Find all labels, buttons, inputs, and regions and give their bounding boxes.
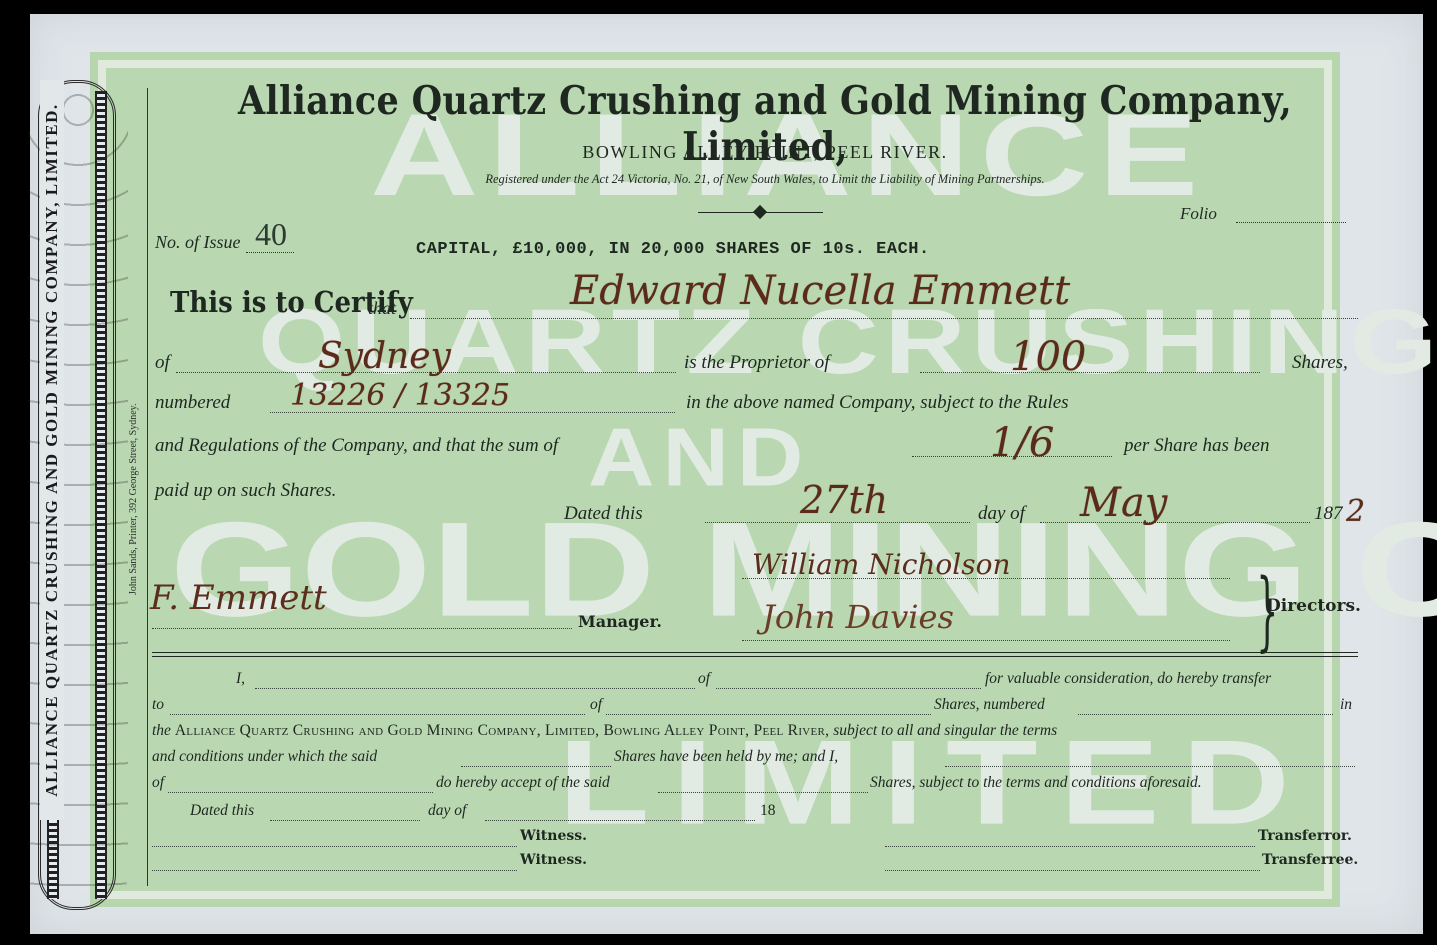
acceptor-name-field[interactable] xyxy=(945,766,1355,767)
transferee-name-field[interactable] xyxy=(170,714,585,715)
share-count-field xyxy=(920,372,1260,373)
transfer-month-field[interactable] xyxy=(485,820,755,821)
year-prefix: 187 xyxy=(1314,503,1343,525)
transfer-conditions-text: and conditions under which the said xyxy=(152,748,377,766)
month-value: May xyxy=(1080,480,1167,526)
paid-amount: 1/6 xyxy=(990,420,1054,466)
stub-company-name: ALLIANCE QUARTZ CRUSHING AND GOLD MINING… xyxy=(40,80,64,820)
above-company-text: in the above named Company, subject to t… xyxy=(686,392,1069,414)
issue-number: 40 xyxy=(255,216,287,253)
company-location: BOWLING ALLEY POINT, PEEL RIVER. xyxy=(170,142,1360,163)
shares-label: Shares, xyxy=(1292,352,1348,374)
printer-imprint: John Sands, Printer, 392 George Street, … xyxy=(128,175,139,595)
transfer-of-label-3: of xyxy=(152,774,164,792)
transfer-consideration-text: for valuable consideration, do hereby tr… xyxy=(985,670,1271,688)
transferor-name-field[interactable] xyxy=(255,688,695,689)
paid-up-text: paid up on such Shares. xyxy=(155,480,336,502)
transfer-terms-text: subject to all and singular the terms xyxy=(833,722,1057,739)
the-label: the xyxy=(152,722,171,739)
holder-name-field xyxy=(410,318,1358,319)
transfer-aforesaid-text: Shares, subject to the terms and conditi… xyxy=(870,774,1202,792)
manager-signature-line xyxy=(152,628,572,629)
transfer-i-label: I, xyxy=(236,670,245,688)
proprietor-label: is the Proprietor of xyxy=(684,352,830,374)
transfer-day-field[interactable] xyxy=(270,820,420,821)
of-label: of xyxy=(155,352,170,374)
transferree-signature-line[interactable] xyxy=(885,870,1260,871)
year-suffix: 2 xyxy=(1346,494,1365,529)
capital-statement: CAPITAL, £10,000, IN 20,000 SHARES OF 10… xyxy=(416,240,930,259)
witness-2-label: Witness. xyxy=(520,852,587,868)
issue-label: No. of Issue xyxy=(155,232,241,253)
held-shares-field[interactable] xyxy=(461,766,611,767)
transfer-of-label-2: of xyxy=(590,696,602,714)
holder-name: Edward Nucella Emmett xyxy=(570,268,1070,314)
transfer-shares-numbered: Shares, numbered xyxy=(934,696,1045,714)
stub-divider xyxy=(147,88,148,886)
watermark-and: AND xyxy=(588,416,811,499)
transfer-divider xyxy=(152,652,1358,657)
transferee-place-field[interactable] xyxy=(606,714,931,715)
transfer-of-label: of xyxy=(698,670,710,688)
witness-2-line[interactable] xyxy=(152,870,517,871)
acceptor-place-field[interactable] xyxy=(168,792,433,793)
transferor-place-field[interactable] xyxy=(716,688,981,689)
registration-note: Registered under the Act 24 Victoria, No… xyxy=(170,172,1360,187)
witness-1-line[interactable] xyxy=(152,846,517,847)
transfer-dated-label: Dated this xyxy=(190,802,254,820)
regulations-text: and Regulations of the Company, and that… xyxy=(155,435,558,457)
transfer-to-label: to xyxy=(152,696,164,714)
transfer-held-text: Shares have been held by me; and I, xyxy=(614,748,838,766)
transfer-company-name: Alliance Quartz Crushing and Gold Mining… xyxy=(175,722,830,739)
director-1-signature: William Nicholson xyxy=(752,548,1011,581)
director-2-signature: John Davies xyxy=(762,598,954,636)
transferror-signature-line[interactable] xyxy=(885,846,1255,847)
folio-label: Folio xyxy=(1180,204,1217,224)
manager-signature: F. Emmett xyxy=(150,578,327,618)
transfer-year-prefix: 18 xyxy=(760,802,776,820)
director-2-line xyxy=(742,640,1230,641)
transfer-in-label: in xyxy=(1340,696,1352,714)
day-of-label: day of xyxy=(978,503,1025,525)
share-count: 100 xyxy=(1010,334,1086,380)
dated-label: Dated this xyxy=(564,503,643,525)
day-field xyxy=(705,522,970,523)
per-share-text: per Share has been xyxy=(1124,435,1269,457)
transfer-company-line: the Alliance Quartz Crushing and Gold Mi… xyxy=(152,722,1057,740)
day-value: 27th xyxy=(800,478,888,522)
holder-place: Sydney xyxy=(318,336,451,377)
directors-label: Directors. xyxy=(1266,596,1361,616)
transfer-numbers-field[interactable] xyxy=(1078,714,1333,715)
director-1-line xyxy=(742,578,1230,579)
manager-label: Manager. xyxy=(578,612,662,631)
transfer-accept-text: do hereby accept of the said xyxy=(436,774,610,792)
transferree-label: Transferree. xyxy=(1262,852,1358,868)
transferror-label: Transferror. xyxy=(1258,828,1352,844)
that-label: that xyxy=(368,298,396,319)
transfer-day-of-label: day of xyxy=(428,802,466,820)
folio-field[interactable] xyxy=(1236,222,1346,223)
witness-1-label: Witness. xyxy=(520,828,587,844)
share-numbers: 13226 / 13325 xyxy=(290,378,510,413)
numbered-label: numbered xyxy=(155,392,230,414)
accepted-shares-field[interactable] xyxy=(658,792,868,793)
